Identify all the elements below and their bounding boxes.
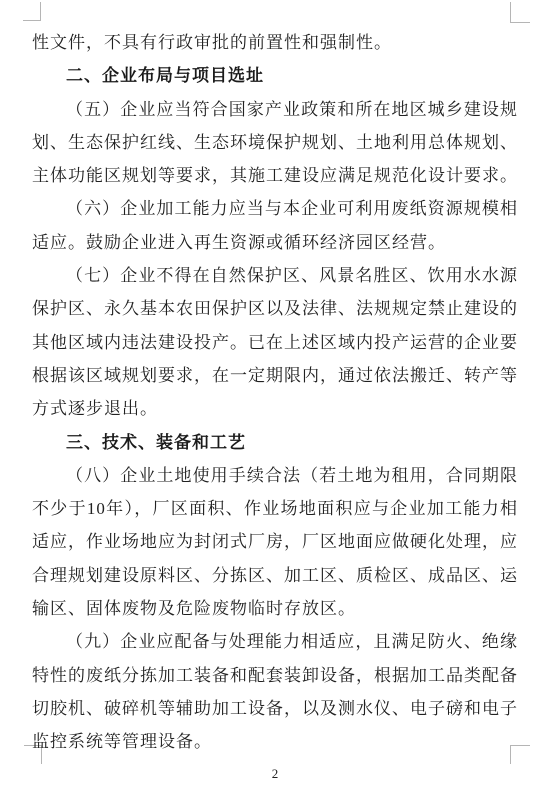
section-heading-3: 三、技术、装备和工艺 bbox=[32, 426, 518, 459]
paragraph-item-5: （五）企业应当符合国家产业政策和所在地区城乡建设规划、生态保护红线、生态环境保护… bbox=[32, 93, 518, 193]
paragraph-item-7: （七）企业不得在自然保护区、风景名胜区、饮用水水源保护区、永久基本农田保护区以及… bbox=[32, 259, 518, 425]
section-heading-2: 二、企业布局与项目选址 bbox=[32, 59, 518, 92]
page-number: 2 bbox=[0, 766, 550, 782]
document-page: 性文件，不具有行政审批的前置性和强制性。 二、企业布局与项目选址 （五）企业应当… bbox=[0, 0, 550, 796]
paragraph-item-8: （八）企业土地使用手续合法（若土地为租用，合同期限不少于10年），厂区面积、作业… bbox=[32, 459, 518, 625]
paragraph-item-6: （六）企业加工能力应当与本企业可利用废纸资源规模相适应。鼓励企业进入再生资源或循… bbox=[32, 192, 518, 259]
crop-mark-top-right-icon bbox=[510, 2, 530, 23]
document-body: 性文件，不具有行政审批的前置性和强制性。 二、企业布局与项目选址 （五）企业应当… bbox=[32, 26, 518, 759]
paragraph-continued: 性文件，不具有行政审批的前置性和强制性。 bbox=[32, 26, 518, 59]
paragraph-item-9: （九）企业应配备与处理能力相适应，且满足防火、绝缘特性的废纸分拣加工装备和配套装… bbox=[32, 625, 518, 758]
crop-mark-top-left-icon bbox=[23, 2, 41, 21]
